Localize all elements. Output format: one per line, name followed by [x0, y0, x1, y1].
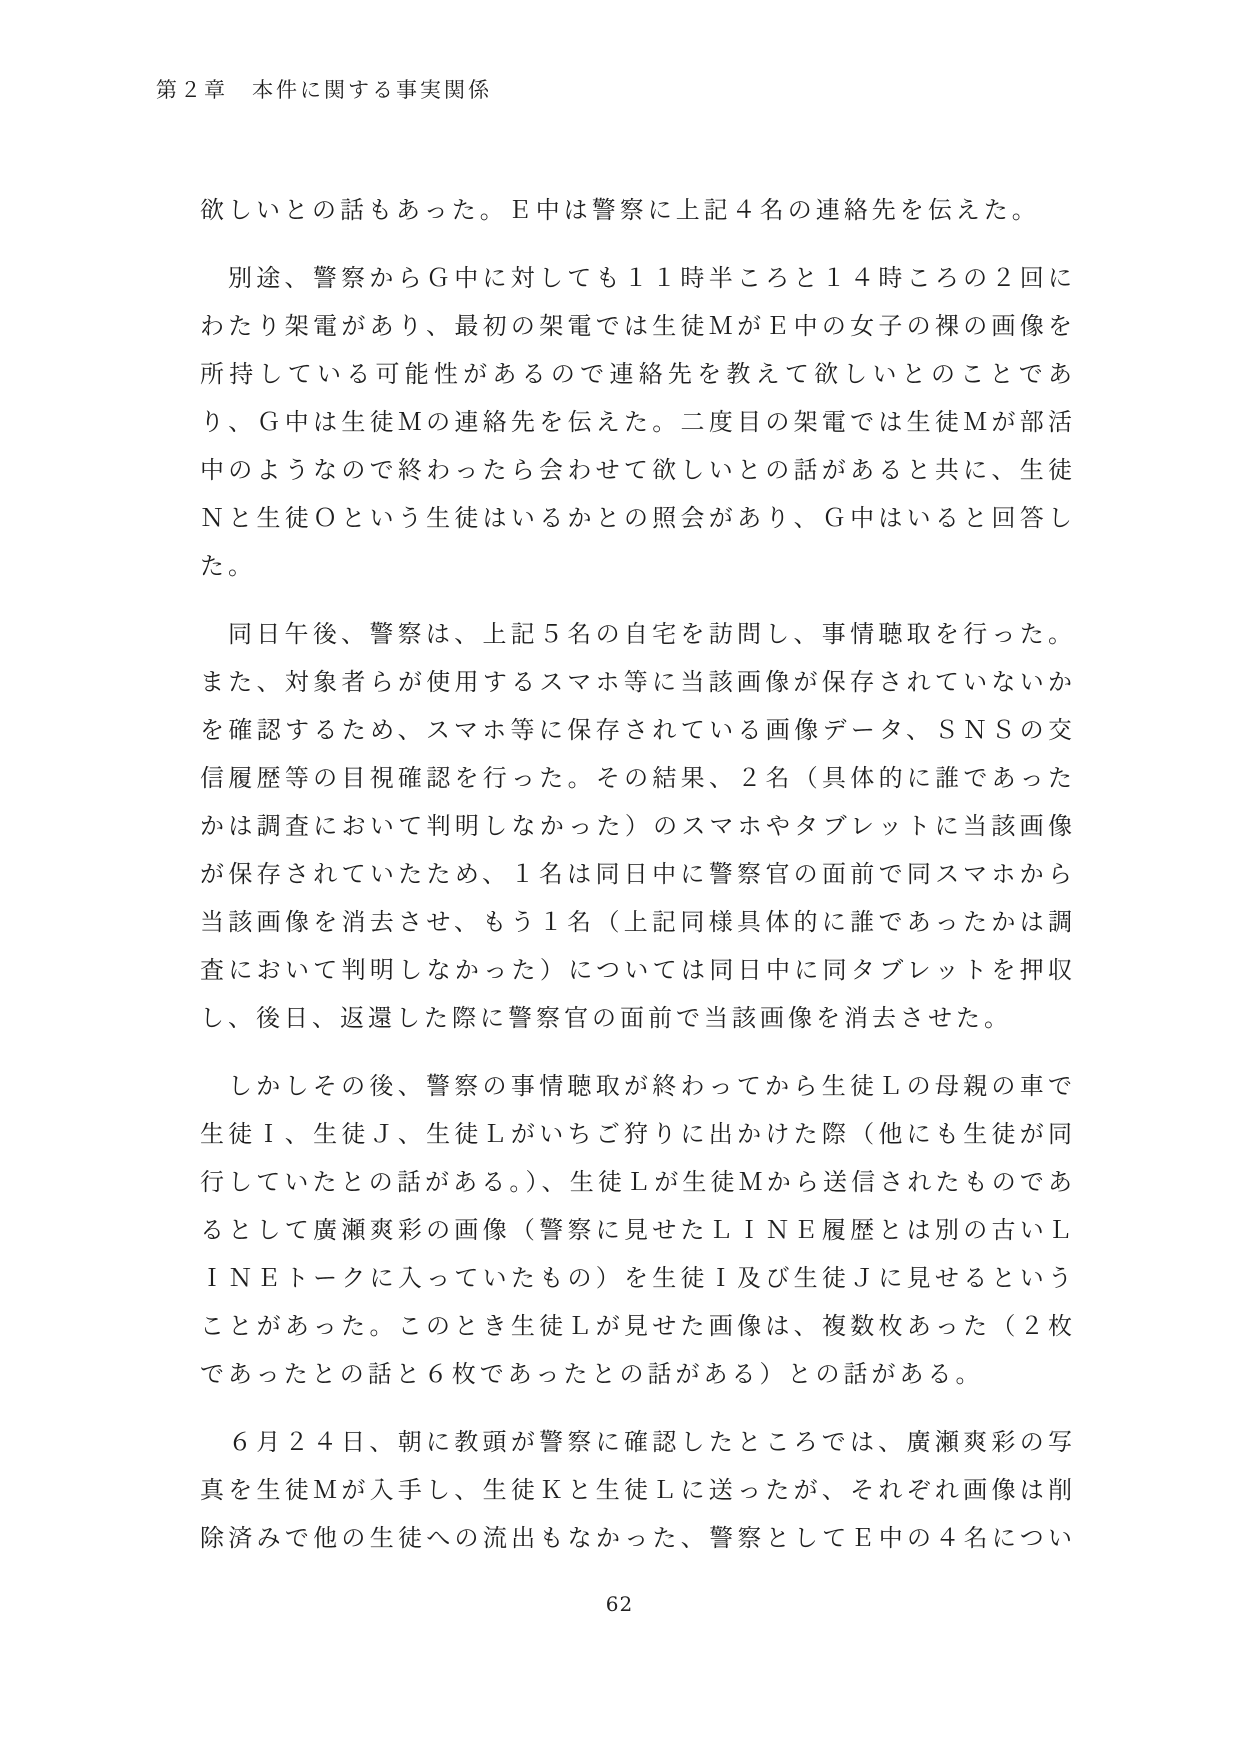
paragraph: ６月２４日、朝に教頭が警察に確認したところでは、廣瀬爽彩の写真を生徒Ｍが入手し、… [200, 1418, 1076, 1562]
text-line: ＩＮＥトークに入っていたもの）を生徒Ｉ及び生徒Ｊに見せるという [200, 1254, 1076, 1302]
paragraph: 別途、警察からＧ中に対しても１１時半ころと１４時ころの２回にわたり架電があり、最… [200, 254, 1076, 590]
page-number: 62 [0, 1592, 1239, 1616]
text-line: 欲しいとの話もあった。Ｅ中は警察に上記４名の連絡先を伝えた。 [200, 186, 1076, 234]
text-line: た。 [200, 542, 1076, 590]
text-line: しかしその後、警察の事情聴取が終わってから生徒Ｌの母親の車で [200, 1062, 1076, 1110]
text-line: るとして廣瀬爽彩の画像（警察に見せたＬＩＮＥ履歴とは別の古いＬ [200, 1206, 1076, 1254]
document-page: { "page": { "header": "第２章 本件に関する事実関係", … [0, 0, 1239, 1754]
chapter-header: 第２章 本件に関する事実関係 [156, 74, 492, 104]
text-line: 当該画像を消去させ、もう１名（上記同様具体的に誰であったかは調 [200, 898, 1076, 946]
text-line: り、Ｇ中は生徒Ｍの連絡先を伝えた。二度目の架電では生徒Ｍが部活 [200, 398, 1076, 446]
paragraph: 同日午後、警察は、上記５名の自宅を訪問し、事情聴取を行った。また、対象者らが使用… [200, 610, 1076, 1042]
text-line: が保存されていたため、１名は同日中に警察官の面前で同スマホから [200, 850, 1076, 898]
text-line: 査において判明しなかった）については同日中に同タブレットを押収 [200, 946, 1076, 994]
text-line: 所持している可能性があるので連絡先を教えて欲しいとのことであ [200, 350, 1076, 398]
text-line: し、後日、返還した際に警察官の面前で当該画像を消去させた。 [200, 994, 1076, 1042]
text-line: 真を生徒Ｍが入手し、生徒Ｋと生徒Ｌに送ったが、それぞれ画像は削 [200, 1466, 1076, 1514]
text-line: また、対象者らが使用するスマホ等に当該画像が保存されていないか [200, 658, 1076, 706]
paragraph: しかしその後、警察の事情聴取が終わってから生徒Ｌの母親の車で生徒Ｉ、生徒Ｊ、生徒… [200, 1062, 1076, 1398]
text-line: 信履歴等の目視確認を行った。その結果、２名（具体的に誰であった [200, 754, 1076, 802]
text-line: を確認するため、スマホ等に保存されている画像データ、ＳＮＳの交 [200, 706, 1076, 754]
text-line: 別途、警察からＧ中に対しても１１時半ころと１４時ころの２回に [200, 254, 1076, 302]
text-line: 生徒Ｉ、生徒Ｊ、生徒Ｌがいちご狩りに出かけた際（他にも生徒が同 [200, 1110, 1076, 1158]
page-body: 欲しいとの話もあった。Ｅ中は警察に上記４名の連絡先を伝えた。別途、警察からＧ中に… [200, 186, 1076, 1562]
text-line: 中のようなので終わったら会わせて欲しいとの話があると共に、生徒 [200, 446, 1076, 494]
text-line: Ｎと生徒Ｏという生徒はいるかとの照会があり、Ｇ中はいると回答し [200, 494, 1076, 542]
text-line: わたり架電があり、最初の架電では生徒ＭがＥ中の女子の裸の画像を [200, 302, 1076, 350]
text-line: ことがあった。このとき生徒Ｌが見せた画像は、複数枚あった（２枚 [200, 1302, 1076, 1350]
text-line: 除済みで他の生徒への流出もなかった、警察としてＥ中の４名につい [200, 1514, 1076, 1562]
text-line: 同日午後、警察は、上記５名の自宅を訪問し、事情聴取を行った。 [200, 610, 1076, 658]
text-line: かは調査において判明しなかった）のスマホやタブレットに当該画像 [200, 802, 1076, 850]
text-line: 行していたとの話がある。）、生徒Ｌが生徒Ｍから送信されたものであ [200, 1158, 1076, 1206]
text-line: ６月２４日、朝に教頭が警察に確認したところでは、廣瀬爽彩の写 [200, 1418, 1076, 1466]
text-line: であったとの話と６枚であったとの話がある）との話がある。 [200, 1350, 1076, 1398]
paragraph: 欲しいとの話もあった。Ｅ中は警察に上記４名の連絡先を伝えた。 [200, 186, 1076, 234]
